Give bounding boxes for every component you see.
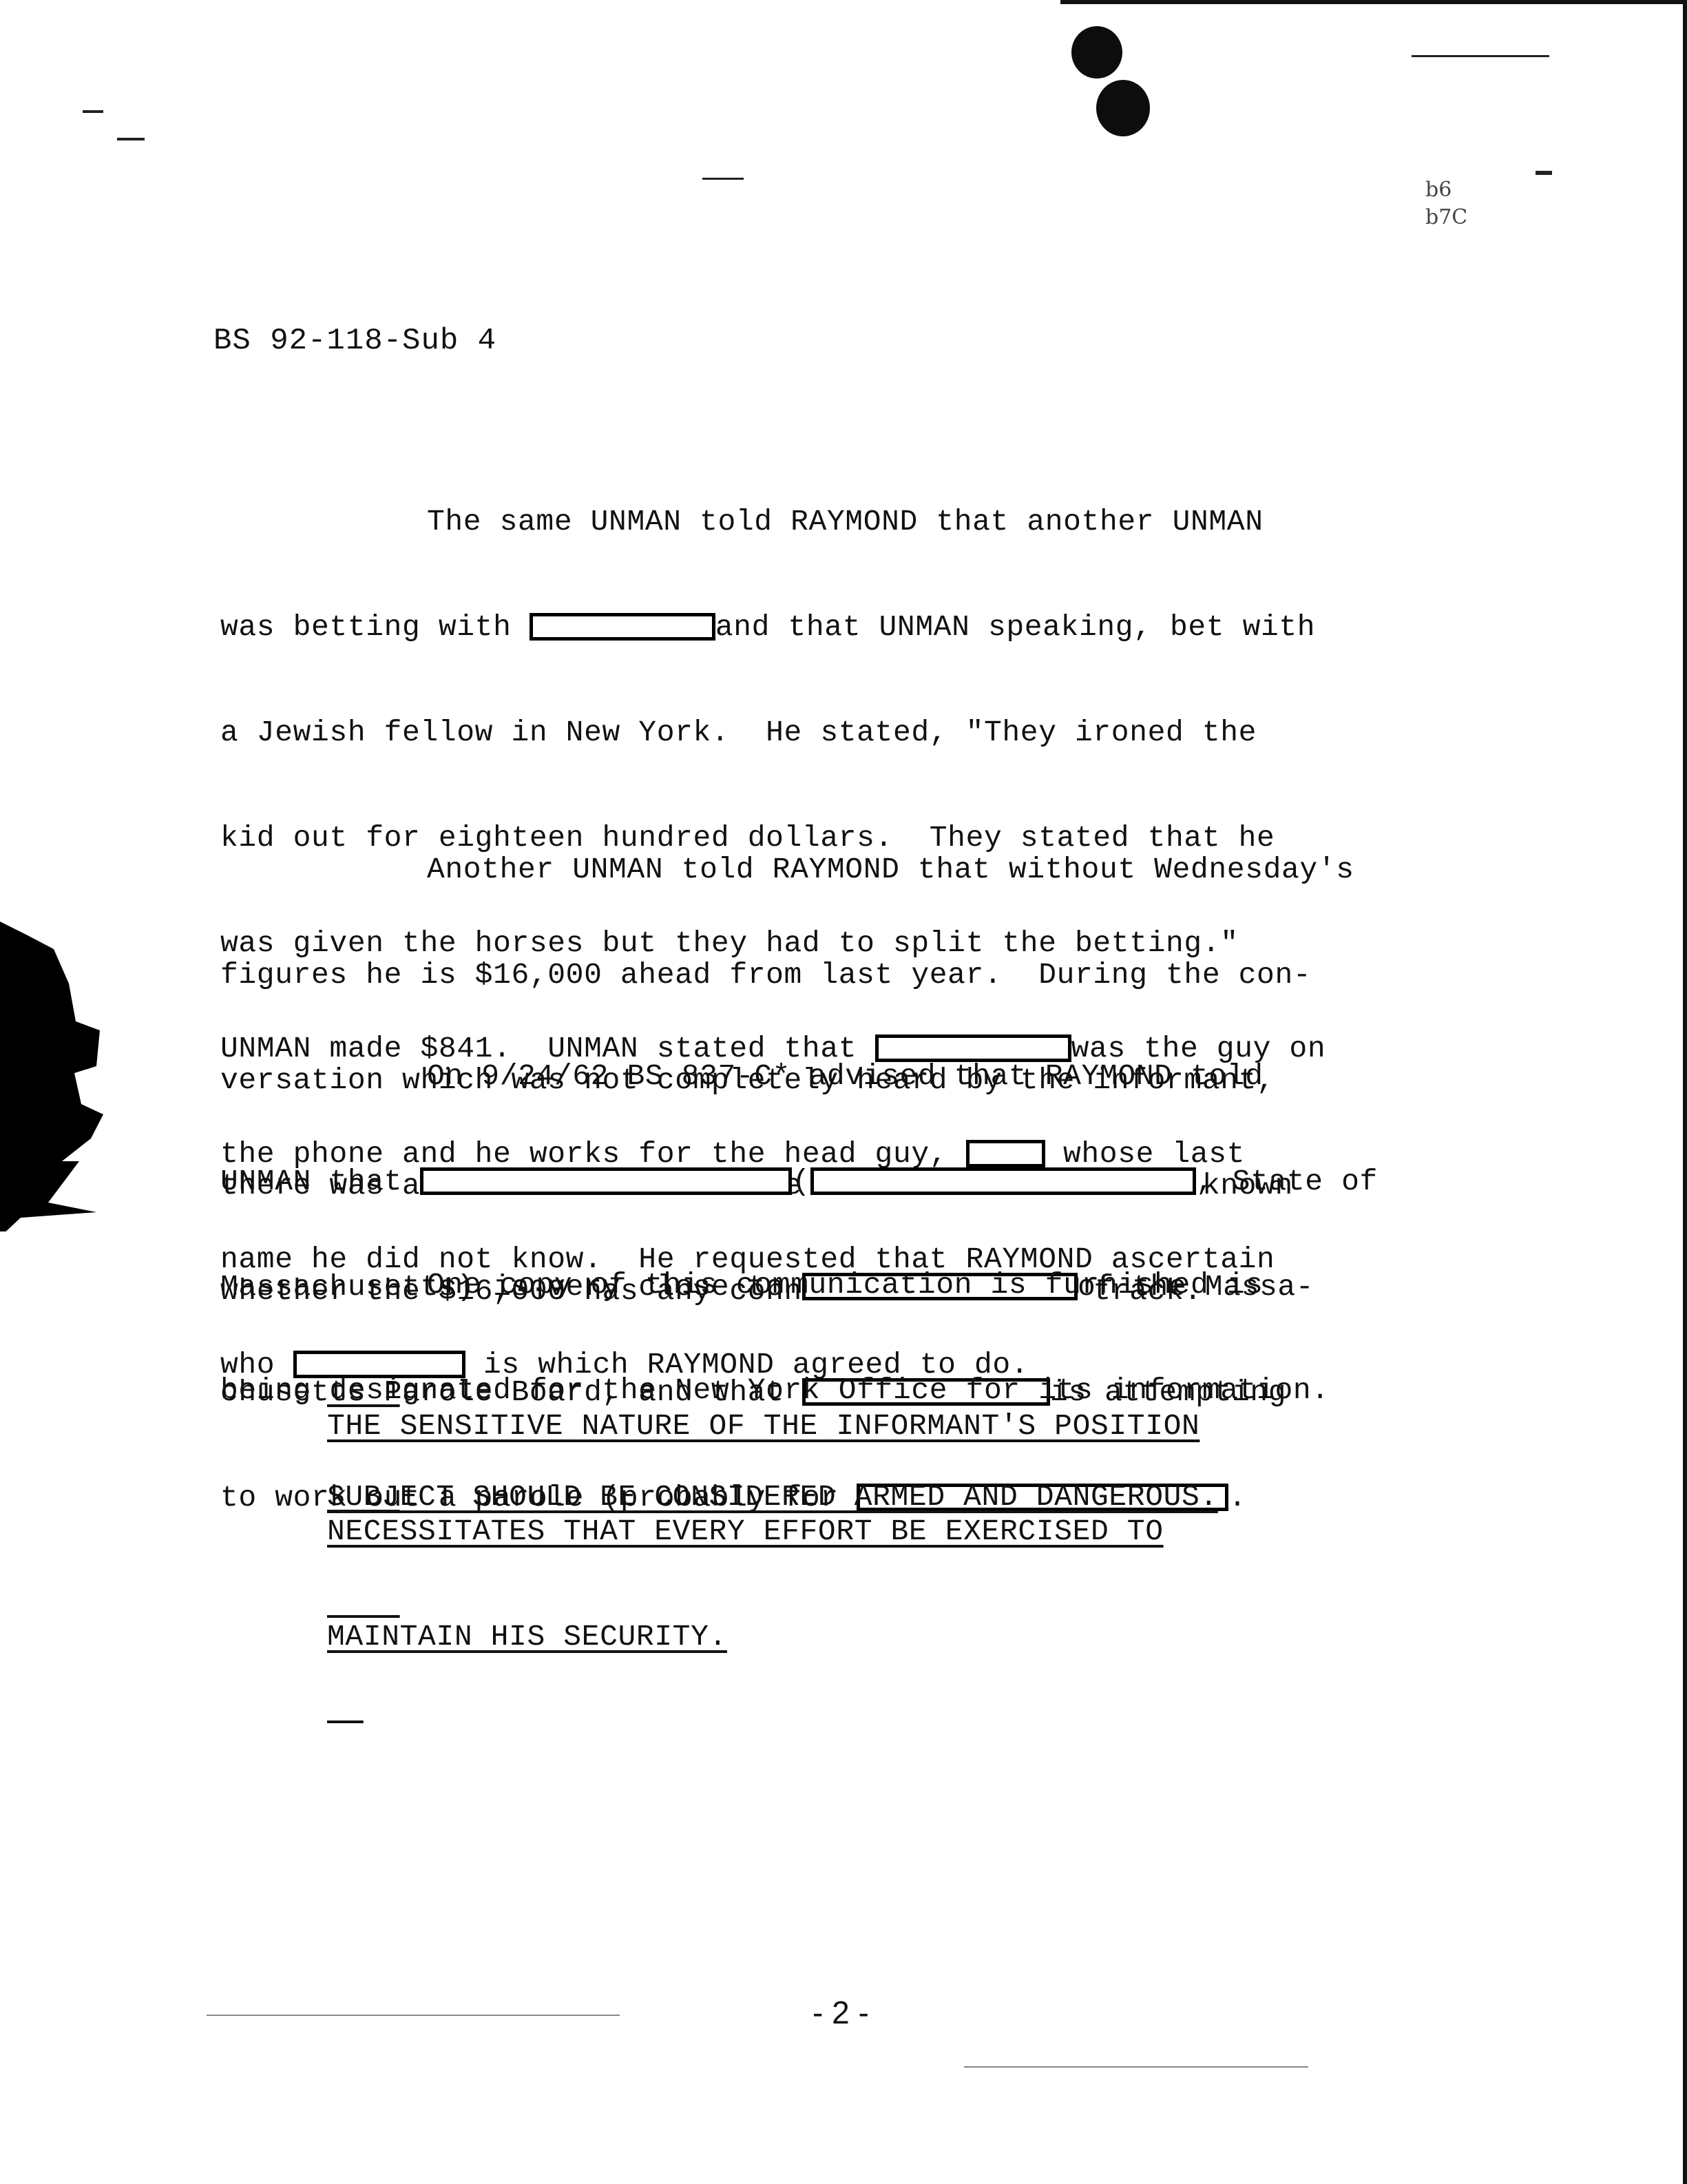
armed-warning: SUBJECT SHOULD BE CONSIDERED ARMED AND D…: [327, 1479, 1218, 1515]
warning-line: MAINTAIN HIS SECURITY.: [327, 1619, 1199, 1654]
text-line: and that UNMAN speaking, bet with: [715, 610, 1315, 644]
exemption-codes: b6 b7C: [1425, 176, 1467, 231]
text-line: figures he is $16,000 ahead from last ye…: [220, 958, 1311, 992]
document-page: b6 b7C BS 92-118-Sub 4 The same UNMAN to…: [0, 0, 1687, 2184]
text-line: was betting with: [220, 610, 530, 644]
warning-line: NECESSITATES THAT EVERY EFFORT BE EXERCI…: [327, 1514, 1199, 1549]
text-line: On 9/24/62 BS 837-C* advised that RAYMON…: [427, 1059, 1264, 1093]
warning-line: THE SENSITIVE NATURE OF THE INFORMANT'S …: [327, 1408, 1199, 1444]
text-line: UNMAN that: [220, 1165, 420, 1198]
scan-speck: [1412, 55, 1549, 57]
scan-speck: [83, 110, 103, 113]
scan-speck: [1536, 171, 1552, 175]
redaction-box: [810, 1167, 1196, 1195]
scan-speck: [207, 2015, 620, 2016]
text-line: The same UNMAN told RAYMOND that another…: [427, 505, 1264, 539]
file-number: BS 92-118-Sub 4: [213, 324, 496, 358]
text-line: , State of: [1196, 1165, 1378, 1198]
text-line: One copy of this communication is furnis…: [427, 1268, 1264, 1302]
text-line: (: [792, 1165, 810, 1198]
page-number: - 2 -: [813, 1994, 869, 2031]
scan-edge-right: [1683, 0, 1687, 2184]
redaction-box: [530, 613, 715, 641]
security-warning: THE SENSITIVE NATURE OF THE INFORMANT'S …: [327, 1338, 1199, 1725]
scan-speck: [702, 178, 744, 180]
scan-damage-shape: [0, 908, 103, 1231]
text-line: Another UNMAN told RAYMOND that without …: [427, 853, 1354, 886]
punch-hole-icon: [1096, 80, 1150, 136]
punch-hole-icon: [1071, 26, 1122, 79]
scan-speck: [117, 138, 145, 141]
scan-speck: [964, 2066, 1308, 2068]
redaction-box: [420, 1167, 792, 1195]
scan-edge-top: [1060, 0, 1687, 4]
exemption-code: b6: [1425, 176, 1467, 204]
exemption-code: b7C: [1425, 204, 1467, 231]
text-line: .: [1228, 1481, 1246, 1515]
text-line: a Jewish fellow in New York. He stated, …: [220, 716, 1257, 749]
